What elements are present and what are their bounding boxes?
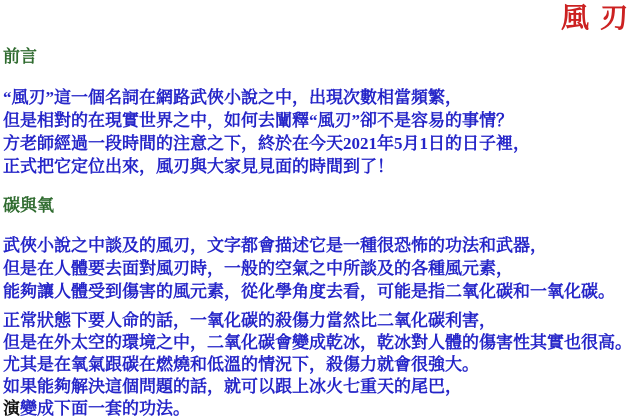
text-line: 方老師經過一段時間的注意之下，終於在今天2021年5月1日的日子裡，: [3, 132, 632, 155]
section-heading-carbon-oxygen: 碳與氧: [3, 196, 632, 216]
text-line: 但是在外太空的環境之中，二氧化碳會變成乾冰，乾冰對人體的傷害性其實也很高。: [3, 332, 632, 354]
paragraph-carbon-detail: 正常狀態下要人命的話，一氧化碳的殺傷力當然比二氧化碳利害， 但是在外太空的環境之…: [3, 310, 632, 419]
text-line: 能夠讓人體受到傷害的風元素，從化學角度去看，可能是指二氧化碳和一氧化碳。: [3, 280, 632, 303]
section-heading-preface: 前言: [3, 47, 632, 67]
text-line: 正常狀態下要人命的話，一氧化碳的殺傷力當然比二氧化碳利害，: [3, 310, 632, 332]
text-line: 但是相對的在現實世界之中，如何去闡釋“風刃”卻不是容易的事情？: [3, 109, 632, 132]
paragraph-carbon-intro: 武俠小說之中談及的風刃，文字都會描述它是一種很恐怖的功法和武器， 但是在人體要去…: [3, 234, 632, 303]
text-line-mixed-color: 演變成下面一套的功法。: [3, 398, 632, 419]
blue-remainder: 變成下面一套的功法。: [20, 399, 190, 418]
text-line: 如果能夠解決這個問題的話，就可以跟上冰火七重天的尾巴，: [3, 376, 632, 398]
black-character: 演: [3, 399, 20, 418]
text-line: 正式把它定位出來，風刃與大家見見面的時間到了！: [3, 155, 632, 178]
document-title: 風 刃: [3, 3, 630, 34]
text-line: 尤其是在氧氣跟碳在燃燒和低溫的情況下，殺傷力就會很強大。: [3, 354, 632, 376]
text-line: “風刃”這一個名詞在網路武俠小說之中，出現次數相當頻繁，: [3, 86, 632, 109]
text-line: 武俠小說之中談及的風刃，文字都會描述它是一種很恐怖的功法和武器，: [3, 234, 632, 257]
paragraph-preface: “風刃”這一個名詞在網路武俠小說之中，出現次數相當頻繁， 但是相對的在現實世界之…: [3, 86, 632, 178]
document-page: 風 刃 前言 “風刃”這一個名詞在網路武俠小說之中，出現次數相當頻繁， 但是相對…: [0, 3, 640, 419]
text-line: 但是在人體要去面對風刃時，一般的空氣之中所談及的各種風元素，: [3, 257, 632, 280]
